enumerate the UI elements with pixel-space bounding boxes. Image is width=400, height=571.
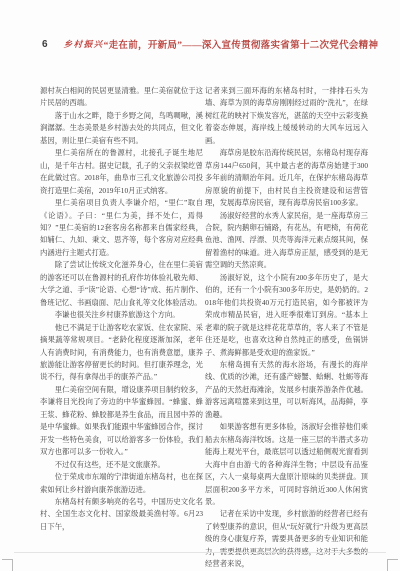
paragraph: 里仁美宿项目负责人李谦介绍，“里仁”取自《论语》。子曰：“里仁为美，择不处仁，焉… <box>40 197 203 259</box>
article-body: 源村灰白相间的民居更显清雅。里仁美宿就位于这片民居的西端。 落于山水之畔，隐于乡… <box>40 85 368 571</box>
paragraph: 里仁美宿所在的鲁源村，北接孔子诞生地尼山，是千年古村。据史记载，孔子的父亲叔梁纥… <box>40 147 203 197</box>
left-column: 源村灰白相间的民居更显清雅。里仁美宿就位于这片民居的西端。 落于山水之畔，隐于乡… <box>40 85 203 571</box>
newspaper-page: 6 乡村振兴 “走在前，开新局”——深入宣传贯彻落实省第十二次党代会精神 源村灰… <box>0 0 400 571</box>
page-header: 6 乡村振兴 “走在前，开新局”——深入宣传贯彻落实省第十二次党代会精神 <box>42 37 366 51</box>
paragraph: 除了尝试让传统文化滋养身心，住在里仁美宿的游客还可以在鲁源村的孔府作坊体验礼敬先… <box>40 259 203 309</box>
right-column: 记者来到三面环海的东楮岛村时，一排排石头为墙、海草为顶的海草房刚刚经过雨的“洗礼… <box>205 85 368 571</box>
paragraph: 他已不满足于让游客吃农家饭、住农家院、采摘果蔬等常规项目。“老龄化程度逐渐加深，… <box>40 322 203 384</box>
paragraph: 落于山水之畔，隐于乡野之间，鸟鸣啁啾，溪涧潺潺。生态美景是乡村游去处的共同点，但… <box>40 110 203 147</box>
crop-mark-bottom-left <box>2 559 13 571</box>
paragraph: 海草房是胶东沿海传统民居，东楮岛村现存海草房144户650间，其中最古老的海草房… <box>205 147 368 209</box>
paragraph: 如果游客想有更多体验，汤淑好会推荐他们乘船去东楮岛海洋牧场。这是一座三层的半潜式… <box>205 421 368 508</box>
paragraph: 记者来到三面环海的东楮岛村时，一排排石头为墙、海草为顶的海草房刚刚经过雨的“洗礼… <box>205 85 368 147</box>
paragraph: 汤淑好经营的水秀人家民宿，是一座海草房三合院，院内鹅卵石铺路，有花丛，有吧椅，有… <box>205 210 368 272</box>
paragraph: 东楮岛拥有天然的海水浴场，有漫长的海岸线、优质的沙滩，还有盛产螃蟹、蛤蜊、牡蛎等… <box>205 359 368 421</box>
paragraph: 位于荣成市东端的宁津街道东楮岛村，也在探索如何让乡村游向康养旅游迈进。 <box>40 471 203 496</box>
paragraph: 里仁美宿空间有限，增设康养项目制约较多，李谦将目光投向了旁边的中华蜜蜂园。“蜂蜜… <box>40 384 203 459</box>
page-number: 6 <box>42 39 48 50</box>
paragraph: 源村灰白相间的民居更显清雅。里仁美宿就位于这片民居的西端。 <box>40 85 203 110</box>
paragraph: 不过仅有这些，还不是文旅康养。 <box>40 459 203 471</box>
crop-mark-bottom-right <box>387 559 398 571</box>
paragraph: 汤淑好说，这个小院有200多年历史了，是大伯的，还有一个小院有300多年历史，是… <box>205 272 368 359</box>
paragraph: 李谦也很关注乡村康养旅游这个方向。 <box>40 309 203 321</box>
masthead-logo: 乡村振兴 <box>64 38 104 50</box>
section-headline: “走在前，开新局”——深入宣传贯彻落实省第十二次党代会精神 <box>104 37 379 51</box>
page-bottom-rule <box>14 552 386 553</box>
paragraph: 记者在采访中发现，乡村旅游的经营者已经有了转型康养的意识，但从“玩好就行”升级为… <box>205 508 368 570</box>
paragraph: 东楮岛村有颇多响亮的名号，中国历史文化名村、全国生态文化村、国家级最美渔村等。6… <box>40 496 203 533</box>
